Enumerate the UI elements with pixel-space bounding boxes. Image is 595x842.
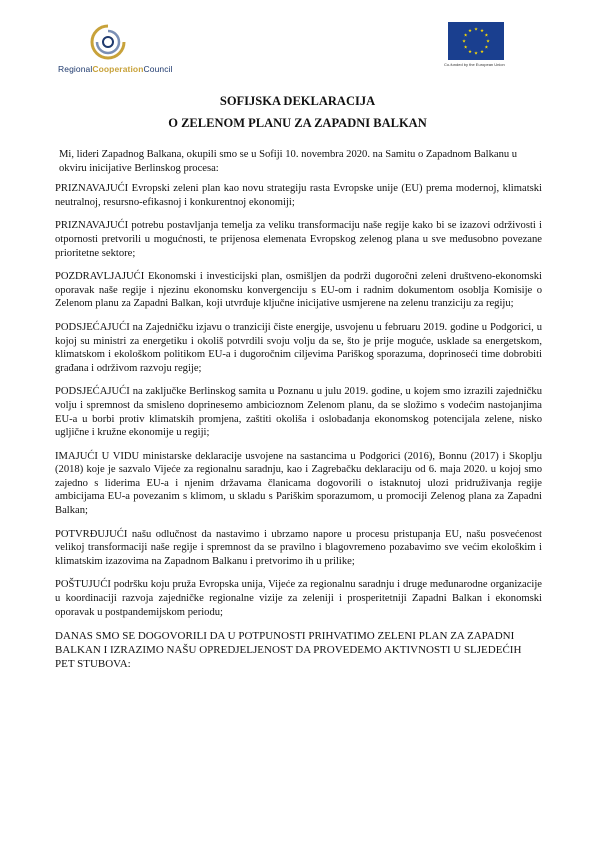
document-page: RegionalCooperationCouncil ★★★★★★★★★★★★ … xyxy=(0,0,595,842)
document-body: Mi, lideri Zapadnog Balkana, okupili smo… xyxy=(55,148,542,682)
paragraph: POŠTUJUĆI podršku koju pruža Evropska un… xyxy=(55,578,542,619)
svg-text:★: ★ xyxy=(474,51,479,56)
paragraph: PRIZNAVAJUĆI Evropski zeleni plan kao no… xyxy=(55,182,542,209)
rcc-logo: RegionalCooperationCouncil xyxy=(58,22,218,80)
eu-flag-icon: ★★★★★★★★★★★★ xyxy=(448,22,504,60)
paragraph: POTVRĐUJUĆI našu odlučnost da nastavimo … xyxy=(55,528,542,569)
paragraph: PODSJEĆAJUĆI na Zajedničku izjavu o tran… xyxy=(55,321,542,375)
svg-text:★: ★ xyxy=(468,28,473,33)
paragraph: IMAJUĆI U VIDU ministarske deklaracije u… xyxy=(55,450,542,518)
rcc-circles-icon xyxy=(86,22,130,62)
eu-logo: ★★★★★★★★★★★★ Co-funded by the European U… xyxy=(448,22,504,72)
document-title: SOFIJSKA DEKLARACIJA xyxy=(0,94,595,109)
rcc-logo-text: RegionalCooperationCouncil xyxy=(58,64,173,74)
svg-text:★: ★ xyxy=(484,45,489,50)
paragraph: PRIZNAVAJUĆI potrebu postavljanja temelj… xyxy=(55,219,542,260)
svg-text:★: ★ xyxy=(486,39,491,44)
paragraph: POZDRAVLJAJUĆI Ekonomski i investicijski… xyxy=(55,270,542,311)
svg-text:★: ★ xyxy=(480,49,485,54)
svg-text:★: ★ xyxy=(484,33,489,38)
svg-text:★: ★ xyxy=(468,49,473,54)
svg-text:★: ★ xyxy=(474,27,479,32)
eu-logo-caption: Co-funded by the European Union xyxy=(444,62,505,67)
intro-paragraph: Mi, lideri Zapadnog Balkana, okupili smo… xyxy=(55,148,542,175)
svg-text:★: ★ xyxy=(464,33,469,38)
closing-statement: DANAS SMO SE DOGOVORILI DA U POTPUNOSTI … xyxy=(55,629,542,671)
document-subtitle: O ZELENOM PLANU ZA ZAPADNI BALKAN xyxy=(0,116,595,131)
document-header: RegionalCooperationCouncil ★★★★★★★★★★★★ … xyxy=(0,10,595,80)
paragraph: PODSJEĆAJUĆI na zaključke Berlinskog sam… xyxy=(55,385,542,439)
svg-text:★: ★ xyxy=(462,39,467,44)
